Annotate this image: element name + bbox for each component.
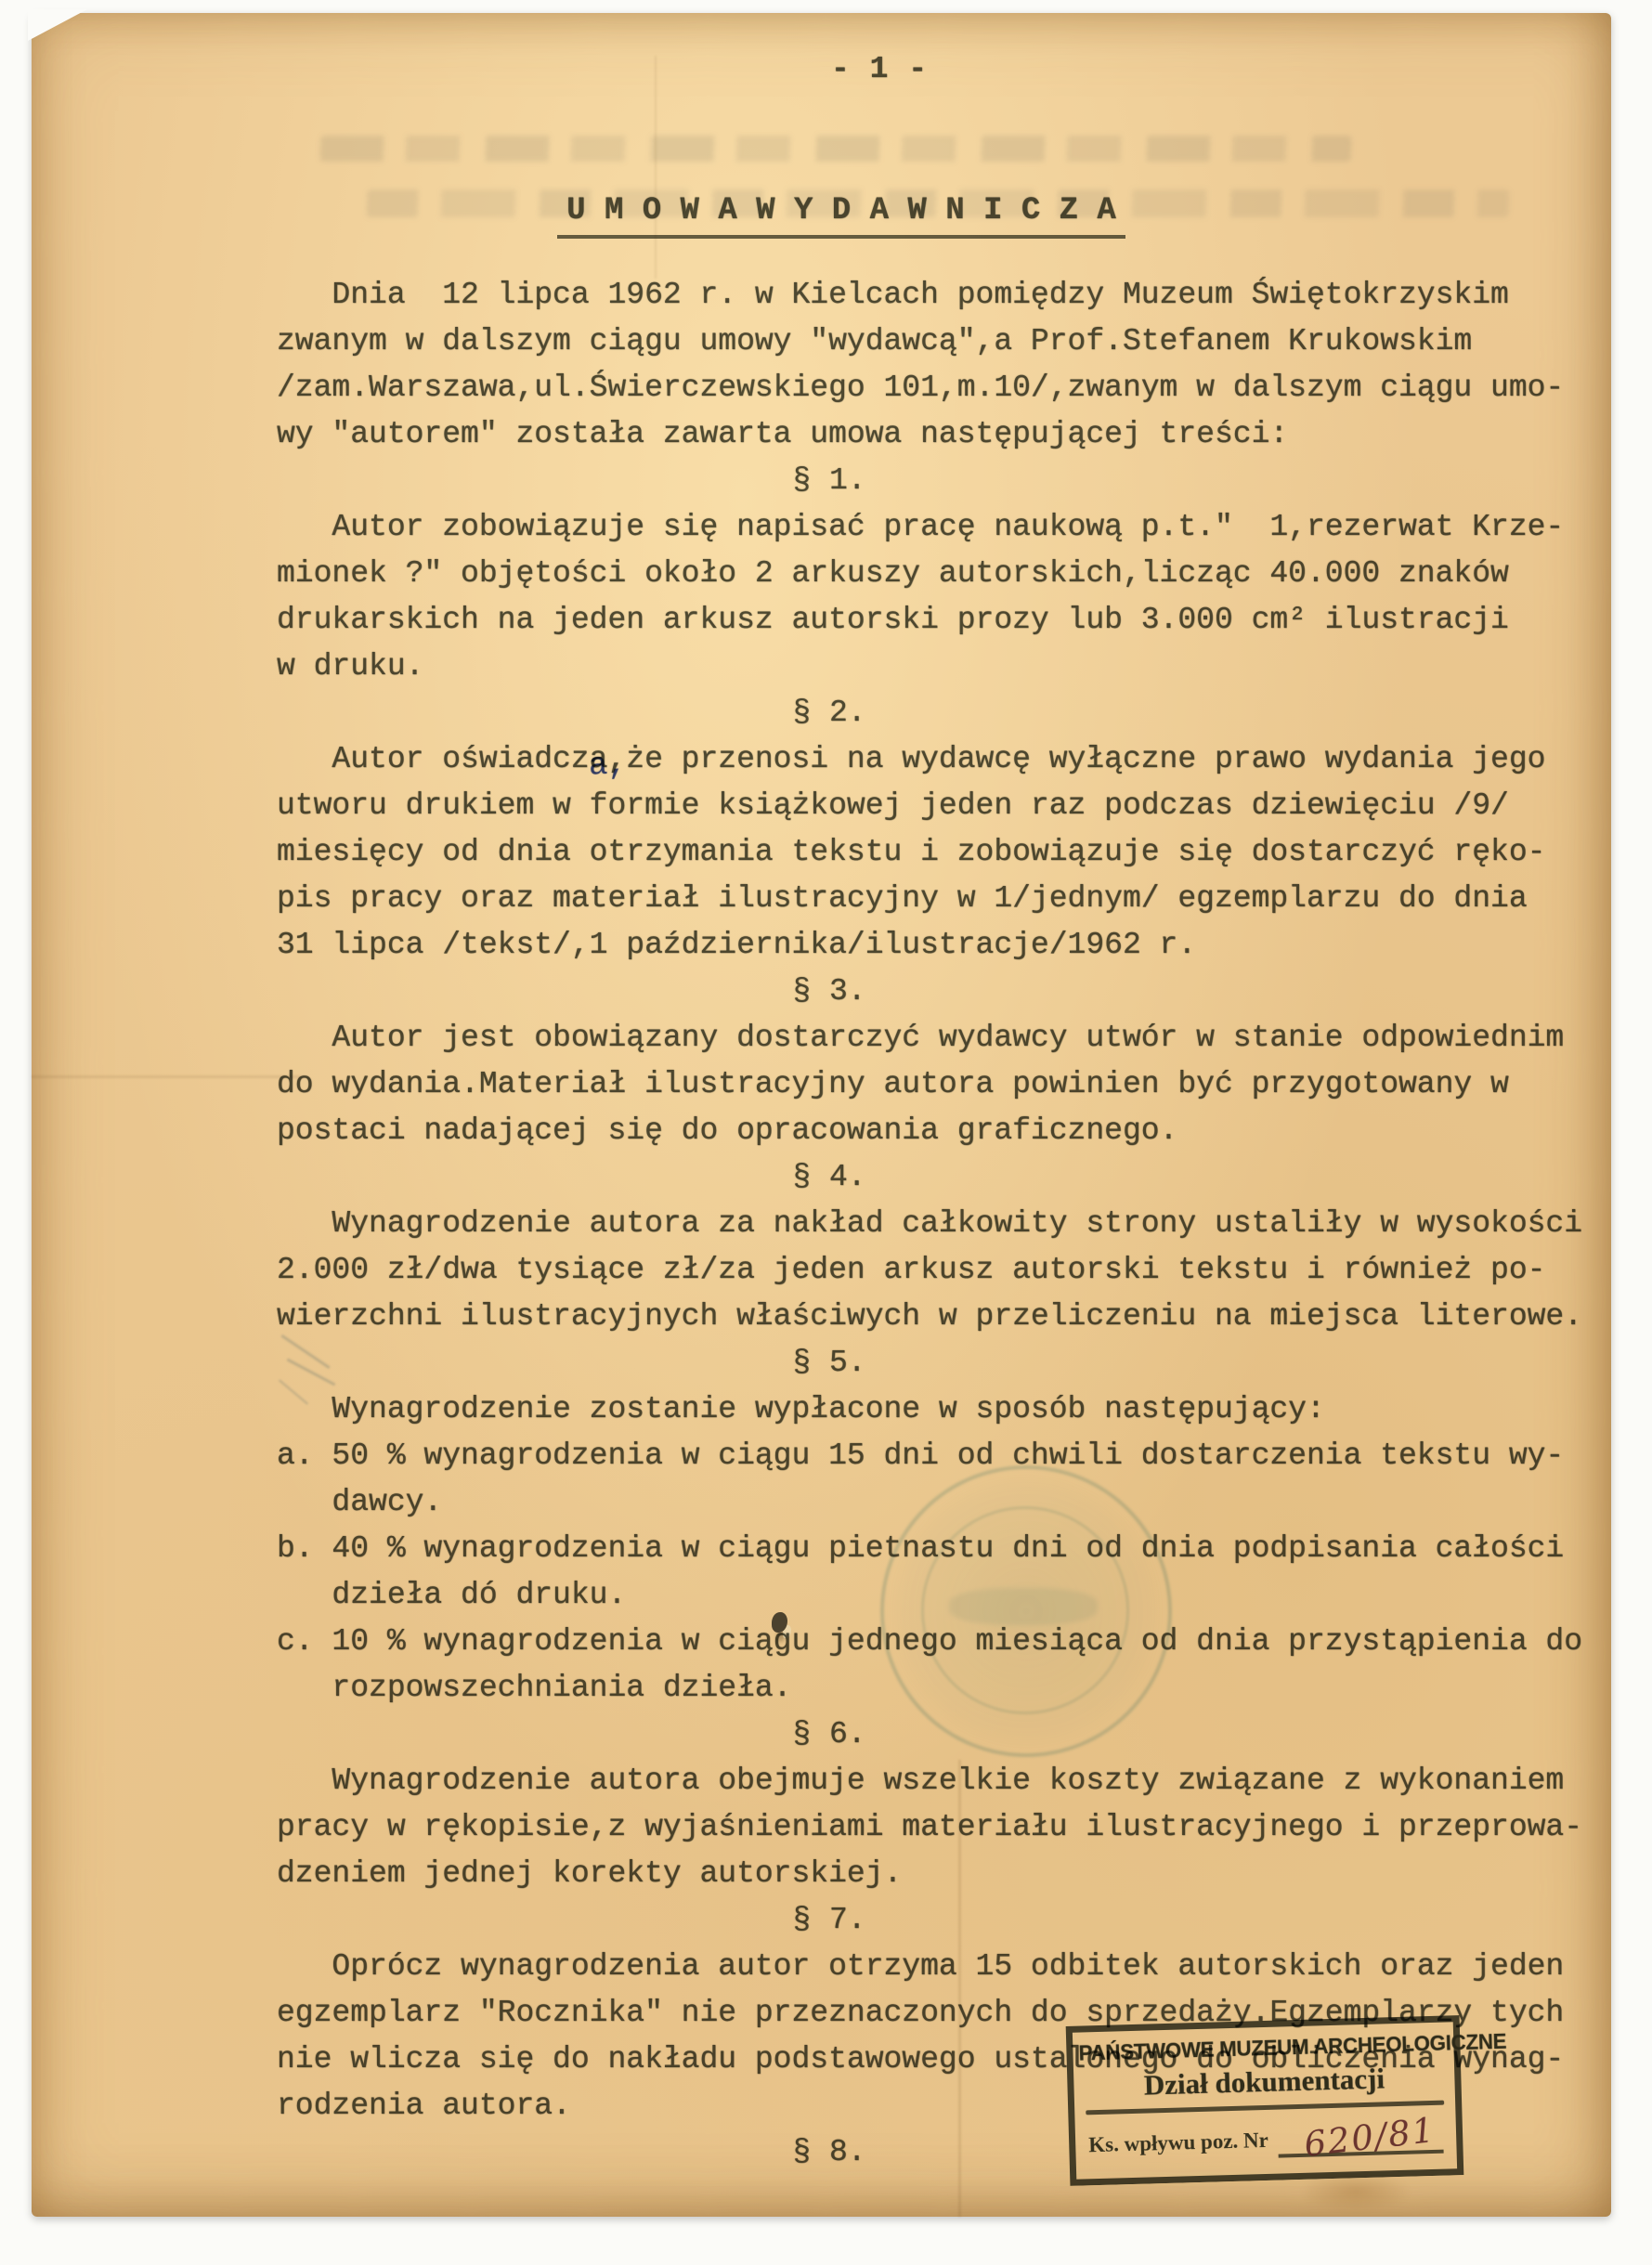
archive-stamp-department: Dział dokumentacji (1073, 2060, 1455, 2103)
handwritten-register-number: 620/81 (1302, 2110, 1437, 2165)
section-2-heading: § 2. (161, 690, 1498, 736)
section-4-text: Wynagrodzenie autora za nakład całkowity… (277, 1201, 1614, 1340)
section-5-heading: § 5. (161, 1340, 1498, 1386)
page-number: - 1 - (831, 52, 928, 86)
intro-paragraph: Dnia 12 lipca 1962 r. w Kielcach pomiędz… (277, 272, 1614, 458)
document-title-text: U M O W A W Y D A W N I C Z A (557, 193, 1125, 239)
archive-stamp: PAŃSTWOWE MUZEUM ARCHEOLOGICZNE Dział do… (1066, 2015, 1464, 2186)
scanned-document-page: - 1 - U M O W A W Y D A W N I C Z A Dnia… (0, 0, 1652, 2265)
archive-stamp-register-label: Ks. wpływu poz. Nr (1088, 2128, 1268, 2163)
section-6-heading: § 6. (161, 1712, 1498, 1758)
section-5-text: Wynagrodzenie zostanie wypłacone w sposó… (277, 1386, 1614, 1712)
archive-stamp-number-line: 620/81 (1277, 2109, 1444, 2158)
section-3-heading: § 3. (161, 969, 1498, 1015)
paper-crease (32, 1075, 301, 1078)
ink-transfer-ghost (320, 136, 1352, 162)
archive-stamp-register-row: Ks. wpływu poz. Nr 620/81 (1087, 2109, 1443, 2164)
document-title: U M O W A W Y D A W N I C Z A (182, 193, 1501, 228)
paper-crease (655, 56, 657, 279)
section-2-text: Autor oświadcza,że przenosi na wydawcę w… (277, 736, 1614, 969)
section-4-heading: § 4. (161, 1154, 1498, 1201)
section-1-heading: § 1. (161, 458, 1498, 504)
section-3-text: Autor jest obowiązany dostarczyć wydawcy… (277, 1015, 1614, 1154)
archive-stamp-institution: PAŃSTWOWE MUZEUM ARCHEOLOGICZNE (1078, 2030, 1448, 2065)
section-7-heading: § 7. (161, 1897, 1498, 1944)
blue-ink-correction: a, (588, 748, 627, 784)
section-6-text: Wynagrodzenie autora obejmuje wszelkie k… (277, 1758, 1614, 1897)
contract-body: Dnia 12 lipca 1962 r. w Kielcach pomiędz… (277, 272, 1614, 2176)
section-1-text: Autor zobowiązuje się napisać pracę nauk… (277, 504, 1614, 690)
